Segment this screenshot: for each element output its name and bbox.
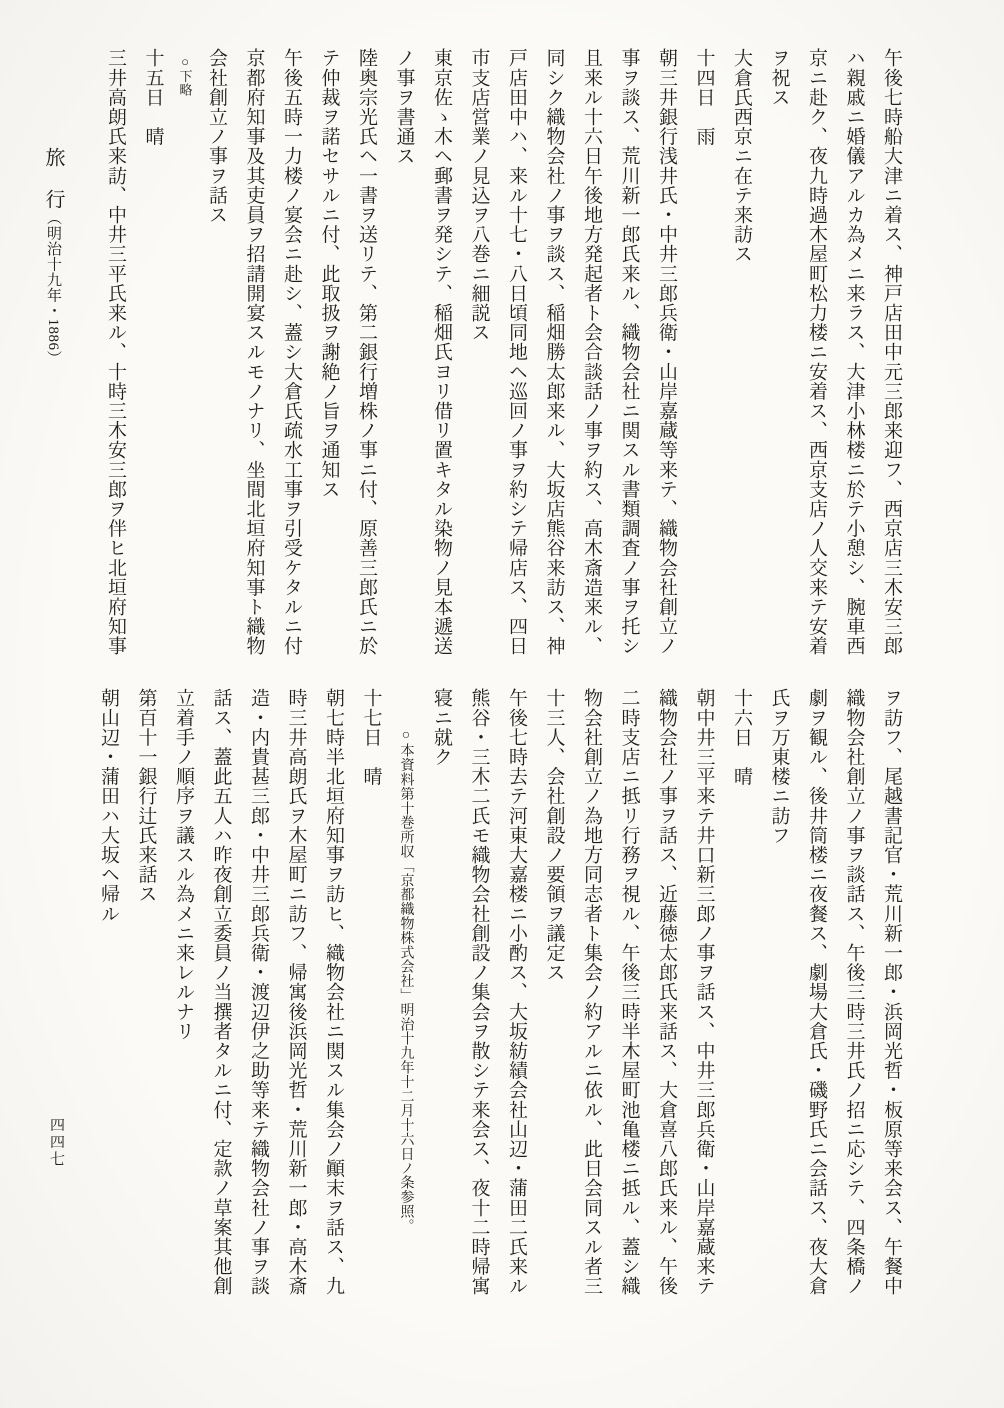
diary-line: 陸奥宗光氏ヘ一書ヲ送リテ、第二銀行増株ノ事ニ付、原善三郎氏ニ於 (348, 48, 386, 680)
diary-line: 市支店営業ノ見込ヲ八巻ニ細説ス (460, 48, 498, 680)
diary-line: 且来ル十六日午後地方発起者ト会合談話ノ事ヲ約ス、高木斎造来ル、 (573, 48, 611, 680)
diary-line: テ仲裁ヲ諾セサルニ付、此取扱ヲ謝絶ノ旨ヲ通知ス (310, 48, 348, 680)
diary-line: 会社創立ノ事ヲ話ス (198, 48, 236, 680)
diary-line: 朝中井三平来テ井口新三郎ノ事ヲ話ス、中井三郎兵衛・山岸嘉蔵来テ (685, 688, 723, 1320)
diary-line: ハ親戚ニ婚儀アルカ為メニ来ラス、大津小林楼ニ於テ小憩シ、腕車西 (835, 48, 873, 680)
diary-text-block-top: 午後七時船大津ニ着ス、神戸店田中元三郎来迎フ、西京店三木安三郎 ハ親戚ニ婚儀アル… (97, 48, 911, 680)
diary-line: 朝山辺・蒲田ハ大坂ヘ帰ル (90, 688, 128, 1320)
running-title-text: 旅 行 (42, 147, 64, 210)
diary-line: 織物会社創立ノ事ヲ談話ス、午後三時三井氏ノ招ニ応シテ、四条橋ノ (835, 688, 873, 1320)
diary-line: 話ス、蓋此五人ハ昨夜創立委員ノ当撰者タルニ付、定款ノ草案其他創 (202, 688, 240, 1320)
diary-line: ヲ訪フ、尾越書記官・荒川新一郎・浜岡光哲・板原等来会ス、午餐中 (873, 688, 911, 1320)
diary-line: 大倉氏西京ニ在テ来訪ス (723, 48, 761, 680)
diary-line: 午後五時一力楼ノ宴会ニ赴シ、蓋シ大倉氏疏水工事ヲ引受ケタルニ付 (273, 48, 311, 680)
date-heading-line: 十六日 晴 (723, 688, 761, 1320)
scanned-book-page: 旅 行（明治十九年・1886） 午後七時船大津ニ着ス、神戸店田中元三郎来迎フ、西… (0, 0, 1004, 1408)
diary-line: 三井高朗氏来訪、中井三平氏来ル、十時三木安三郎ヲ伴ヒ北垣府知事 (97, 48, 135, 680)
diary-line: 東京佐ゝ木ヘ郵書ヲ発シテ、稲畑氏ヨリ借リ置キタル染物ノ見本遞送 (423, 48, 461, 680)
diary-line: 熊谷・三木二氏モ織物会社創設ノ集会ヲ散シテ来会ス、夜十二時帰寓 (460, 688, 498, 1320)
page-number: 四四七 (46, 1117, 67, 1168)
diary-line: 午後七時去テ河東大嘉楼ニ小酌ス、大坂紡績会社山辺・蒲田二氏来ル (498, 688, 536, 1320)
diary-line: ノ事ヲ書通ス (385, 48, 423, 680)
diary-line: 織物会社ノ事ヲ話ス、近藤徳太郎氏来話ス、大倉喜八郎氏来ル、午後 (648, 688, 686, 1320)
date-heading-line: 十七日 晴 (352, 688, 390, 1320)
running-title: 旅 行（明治十九年・1886） (40, 147, 66, 366)
diary-line: 同シク織物会社ノ事ヲ談ス、稲畑勝太郎来ル、大坂店熊谷来訪ス、神 (535, 48, 573, 680)
source-annotation-line: ○本資料第十巻所収「京都織物株式会社」明治十九年十二月十六日ノ条参照。 (390, 688, 423, 1320)
diary-line: 朝三井銀行浅井氏・中井三郎兵衛・山岸嘉蔵等来テ、織物会社創立ノ (648, 48, 686, 680)
date-heading-line: 十四日 雨 (685, 48, 723, 680)
diary-line: 事ヲ談ス、荒川新一郎氏来ル、織物会社ニ関スル書類調査ノ事ヲ托シ (610, 48, 648, 680)
running-title-year: （明治十九年・1886） (45, 210, 61, 366)
editorial-note-small: ○下略 (172, 48, 198, 680)
diary-line: 戸店田中ハ、来ル十七・八日頃同地ヘ巡回ノ事ヲ約シテ帰店ス、四日 (498, 48, 536, 680)
diary-text-block-bottom: ヲ訪フ、尾越書記官・荒川新一郎・浜岡光哲・板原等来会ス、午餐中 織物会社創立ノ事… (90, 688, 911, 1320)
diary-line: 造・内貴甚三郎・中井三郎兵衛・渡辺伊之助等来テ織物会社ノ事ヲ談 (240, 688, 278, 1320)
diary-line: 午後七時船大津ニ着ス、神戸店田中元三郎来迎フ、西京店三木安三郎 (873, 48, 911, 680)
diary-line: 劇ヲ観ル、後井筒楼ニ夜餐ス、劇場大倉氏・磯野氏ニ会話ス、夜大倉 (798, 688, 836, 1320)
diary-line: 立着手ノ順序ヲ議スル為メニ来レルナリ (165, 688, 203, 1320)
diary-line: 氏ヲ万東楼ニ訪フ (760, 688, 798, 1320)
diary-line: 十三人、会社創設ノ要領ヲ議定ス (535, 688, 573, 1320)
diary-line: 京ニ赴ク、夜九時過木屋町松力楼ニ安着ス、西京支店ノ人交来テ安着 (798, 48, 836, 680)
diary-line: 朝七時半北垣府知事ヲ訪ヒ、織物会社ニ関スル集会ノ顚末ヲ話ス、九 (315, 688, 353, 1320)
diary-line: 第百十一銀行辻氏来話ス (127, 688, 165, 1320)
diary-line: 二時支店ニ抵リ行務ヲ視ル、午後三時半木屋町池亀楼ニ抵ル、蓋シ織 (610, 688, 648, 1320)
diary-line: ヲ祝ス (760, 48, 798, 680)
diary-line: 京都府知事及其吏員ヲ招請開宴スルモノナリ、坐間北垣府知事ト織物 (235, 48, 273, 680)
diary-line: 寝ニ就ク (423, 688, 461, 1320)
date-heading-line: 十五日 晴 (134, 48, 172, 680)
diary-line: 時三井高朗氏ヲ木屋町ニ訪フ、帰寓後浜岡光哲・荒川新一郎・高木斎 (277, 688, 315, 1320)
diary-line: 物会社創立ノ為地方同志者ト集会ノ約アルニ依ル、此日会同スル者三 (573, 688, 611, 1320)
